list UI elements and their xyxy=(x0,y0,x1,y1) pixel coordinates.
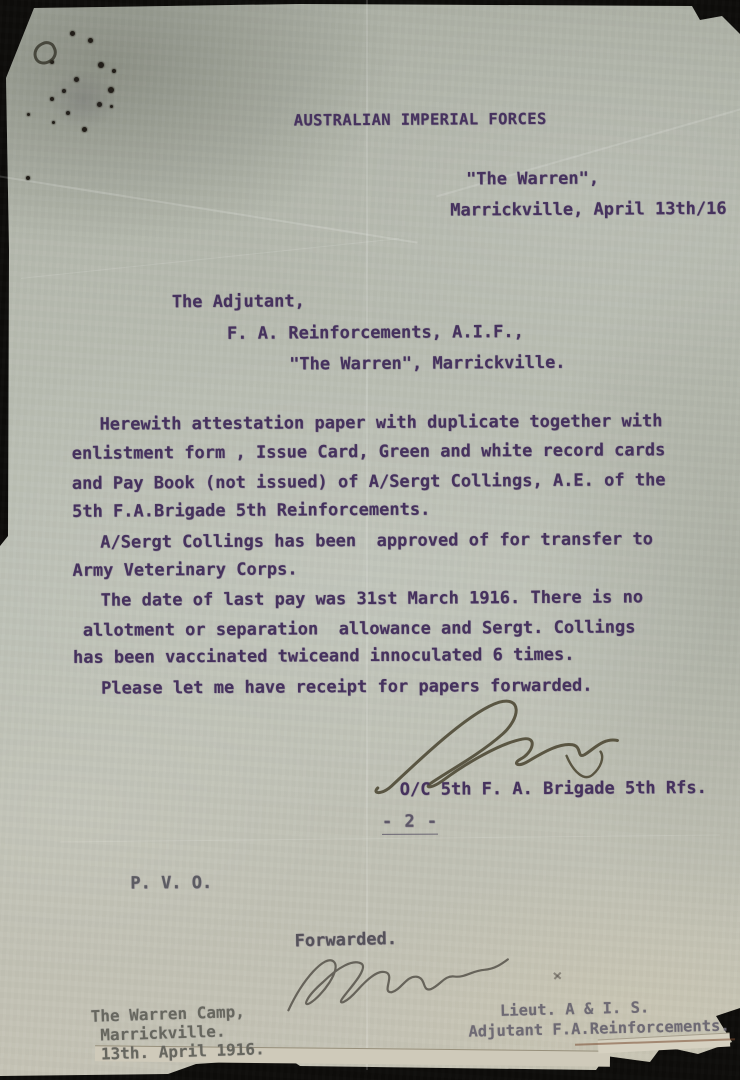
body-line: has been vaccinated twiceand innoculated… xyxy=(73,647,575,667)
date-line: Marrickville, April 13th/16 xyxy=(450,201,726,220)
pvo-note: P. V. O. xyxy=(130,875,212,892)
body-line: 5th F.A.Brigade 5th Reinforcements. xyxy=(72,502,430,521)
recipient-line: F. A. Reinforcements, A.I.F., xyxy=(227,324,524,343)
page-number: - 2 - xyxy=(382,814,438,835)
body-line: enlistment form , Issue Card, Green and … xyxy=(72,442,666,463)
body-line: A/Sergt Collings has been approved of fo… xyxy=(100,531,653,551)
body-line: The date of last pay was 31st March 1916… xyxy=(101,589,644,609)
letter-content: AUSTRALIAN IMPERIAL FORCES "The Warren",… xyxy=(0,0,740,1080)
officer-unit-line: Adjutant F.A.Reinforcements. xyxy=(468,1018,730,1040)
officer-block: Lieut. A & I. S. Adjutant F.A.Reinforcem… xyxy=(468,999,730,1036)
camp-date-block: The Warren Camp, Marrickville. 13th. Apr… xyxy=(91,1004,256,1057)
body-line: and Pay Book (not issued) of A/Sergt Col… xyxy=(72,472,666,493)
body-line: allotment or separation allowance and Se… xyxy=(83,619,636,639)
body-line: Army Veterinary Corps. xyxy=(72,561,297,579)
scanned-letter-page: AUSTRALIAN IMPERIAL FORCES "The Warren",… xyxy=(0,0,740,1080)
place-line: "The Warren", xyxy=(466,171,599,189)
recipient-line: The Adjutant, xyxy=(172,293,305,311)
camp-line: The Warren Camp, xyxy=(91,1004,255,1025)
letterhead-title: AUSTRALIAN IMPERIAL FORCES xyxy=(294,112,547,129)
body-line: Herewith attestation paper with duplicat… xyxy=(99,413,662,433)
camp-line: 13th. April 1916. xyxy=(101,1041,265,1062)
recipient-line: "The Warren", Marrickville. xyxy=(289,355,565,374)
signature-title-line: O/C 5th F. A. Brigade 5th Rfs. xyxy=(400,780,707,799)
